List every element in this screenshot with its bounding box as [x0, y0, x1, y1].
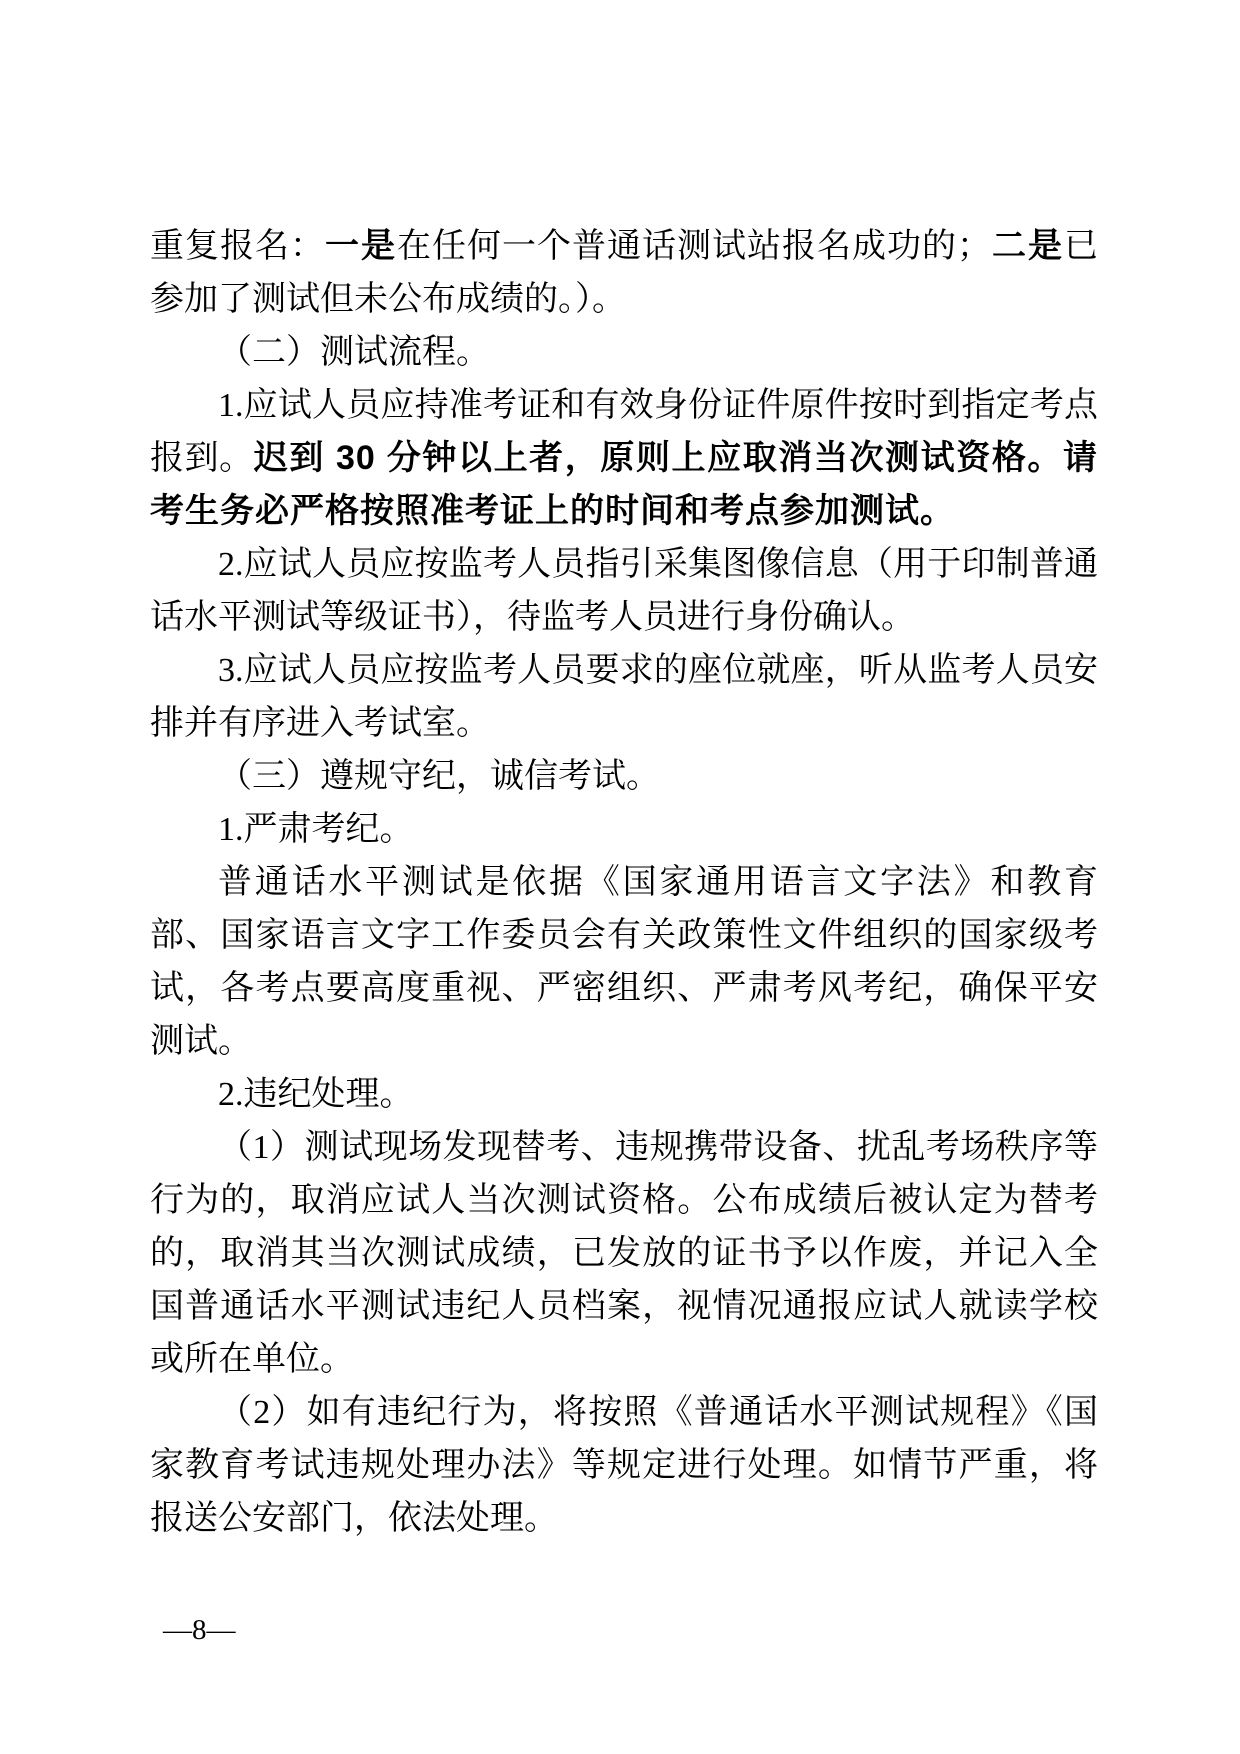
page-footer: —8— — [163, 1612, 236, 1648]
paragraph: 普通话水平测试是依据《国家通用语言文字法》和教育部、国家语言文字工作委员会有关政… — [150, 856, 1098, 1068]
body-text: （2）如有违纪行为，将按照《普通话水平测试规程》《国家教育考试违规处理办法》等规… — [150, 1394, 1098, 1537]
paragraph: （二）测试流程。 — [150, 326, 1098, 379]
paragraph: 重复报名：一是在任何一个普通话测试站报名成功的；二是已参加了测试但未公布成绩的。… — [150, 220, 1098, 326]
paragraph: 1.严肃考纪。 — [150, 803, 1098, 856]
body-text: 2.应试人员应按监考人员指引采集图像信息（用于印制普通话水平测试等级证书），待监… — [150, 546, 1098, 636]
body-text: 重复报名： — [150, 228, 325, 265]
body-text: （1）测试现场发现替考、违规携带设备、扰乱考场秩序等行为的，取消应试人当次测试资… — [150, 1129, 1098, 1378]
paragraph: （2）如有违纪行为，将按照《普通话水平测试规程》《国家教育考试违规处理办法》等规… — [150, 1386, 1098, 1545]
emphasis-text: 一是 — [325, 227, 397, 265]
document-page: 重复报名：一是在任何一个普通话测试站报名成功的；二是已参加了测试但未公布成绩的。… — [0, 0, 1240, 1754]
paragraph: 1.应试人员应持准考证和有效身份证件原件按时到指定考点报到。迟到 30 分钟以上… — [150, 379, 1098, 538]
body-text: 2.违纪处理。 — [218, 1076, 414, 1113]
paragraph: 2.应试人员应按监考人员指引采集图像信息（用于印制普通话水平测试等级证书），待监… — [150, 538, 1098, 644]
body-text: （二）测试流程。 — [218, 334, 490, 371]
paragraph: 2.违纪处理。 — [150, 1068, 1098, 1121]
body-text: 1.严肃考纪。 — [218, 811, 414, 848]
document-body: 重复报名：一是在任何一个普通话测试站报名成功的；二是已参加了测试但未公布成绩的。… — [150, 220, 1098, 1545]
paragraph: （1）测试现场发现替考、违规携带设备、扰乱考场秩序等行为的，取消应试人当次测试资… — [150, 1121, 1098, 1386]
emphasis-text: 二是 — [991, 227, 1064, 265]
body-text: 3.应试人员应按监考人员要求的座位就座，听从监考人员安排并有序进入考试室。 — [150, 652, 1098, 742]
paragraph: （三）遵规守纪，诚信考试。 — [150, 750, 1098, 803]
body-text: 普通话水平测试是依据《国家通用语言文字法》和教育部、国家语言文字工作委员会有关政… — [150, 864, 1098, 1060]
body-text: （三）遵规守纪，诚信考试。 — [218, 758, 660, 795]
body-text: 在任何一个普通话测试站报名成功的； — [397, 228, 991, 265]
paragraph: 3.应试人员应按监考人员要求的座位就座，听从监考人员安排并有序进入考试室。 — [150, 644, 1098, 750]
emphasis-text: 迟到 30 分钟以上者，原则上应取消当次测试资格。请考生务必严格按照准考证上的时… — [150, 439, 1098, 530]
page-number: —8— — [163, 1614, 236, 1646]
